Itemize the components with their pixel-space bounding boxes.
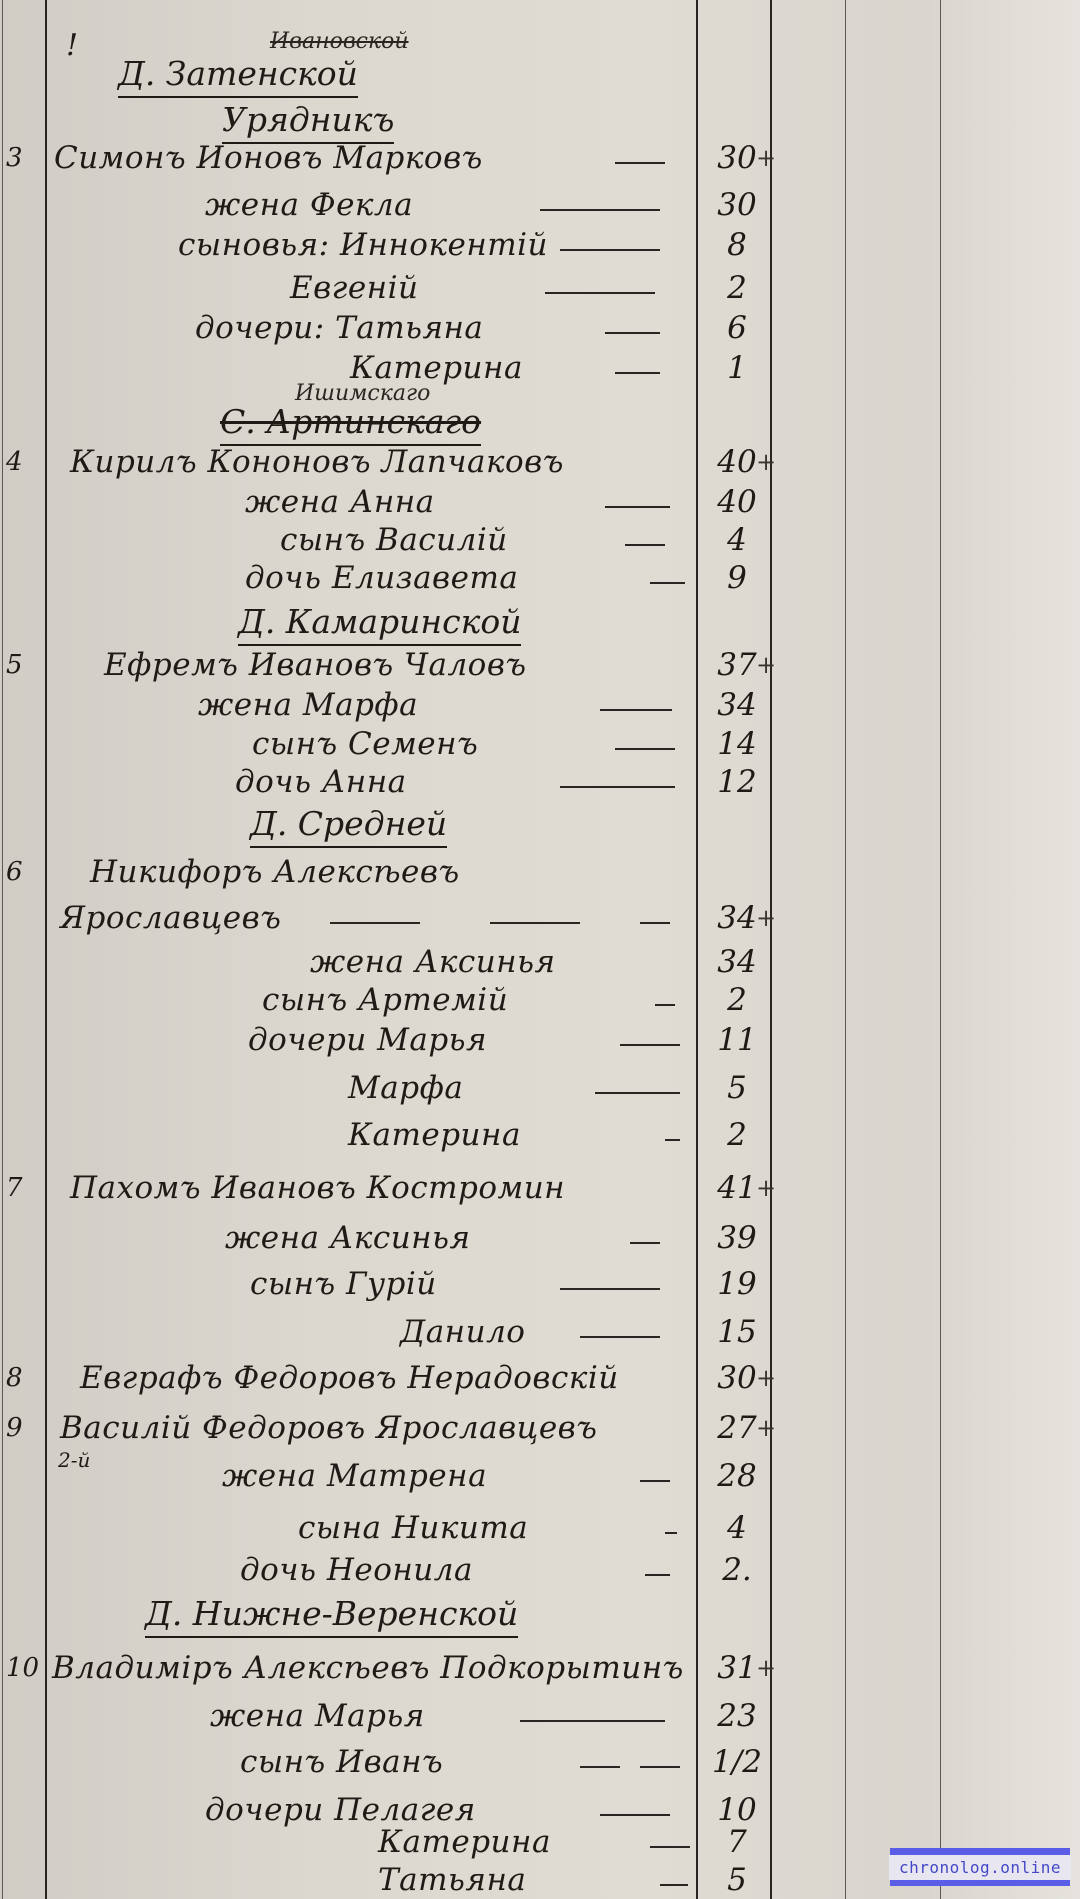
census-row: Данило 15 bbox=[0, 1312, 1080, 1352]
census-row: жена Марфа 34 bbox=[0, 685, 1080, 725]
section-heading: С. Артинскаго bbox=[220, 400, 481, 444]
person-age: 11 bbox=[712, 1020, 762, 1060]
census-row: жена Марья 23 bbox=[0, 1696, 1080, 1736]
section-heading: Д. Средней bbox=[250, 802, 447, 846]
census-row: 7 Пахомъ Ивановъ Костромин 41 + bbox=[0, 1168, 1080, 1208]
person-age: 34 bbox=[712, 685, 762, 725]
person-name: дочь Неонила bbox=[240, 1550, 473, 1590]
census-row: 6 Никифоръ Алексѣевъ bbox=[0, 852, 1080, 892]
remark-mark: + bbox=[756, 1408, 776, 1448]
census-row: жена Аксинья 34 bbox=[0, 942, 1080, 982]
person-name: дочь Анна bbox=[235, 762, 407, 802]
section-heading: Д. Камаринской bbox=[238, 600, 521, 644]
census-row: сынъ Гурій 19 bbox=[0, 1264, 1080, 1304]
family-number: 4 bbox=[6, 442, 40, 482]
person-age: 30 bbox=[712, 185, 762, 225]
census-row: сынъ Иванъ 1/2 bbox=[0, 1742, 1080, 1782]
person-name: дочери: Татьяна bbox=[195, 308, 483, 348]
person-name: жена Марфа bbox=[198, 685, 418, 725]
remark-mark: + bbox=[756, 1648, 776, 1688]
person-name: дочери Марья bbox=[248, 1020, 487, 1060]
person-age: 12 bbox=[712, 762, 762, 802]
person-age: 30 bbox=[712, 1358, 762, 1398]
remark-mark: + bbox=[756, 442, 776, 482]
census-row: сынъ Василій 4 bbox=[0, 520, 1080, 560]
heading-struck-text: Ивановской bbox=[270, 30, 409, 54]
watermark-text: chronolog.online bbox=[889, 1855, 1071, 1880]
census-row: Евгеній 2 bbox=[0, 268, 1080, 308]
census-row: Катерина 2 bbox=[0, 1115, 1080, 1155]
person-age: 30 bbox=[712, 138, 762, 178]
census-entries: ! Ивановской Д. Затенской Урядникъ 3 Сим… bbox=[0, 0, 1080, 1899]
person-age: 2. bbox=[712, 1550, 762, 1590]
census-row: 4 Кирилъ Кононовъ Лапчаковъ 40 + bbox=[0, 442, 1080, 482]
person-name: Данило bbox=[400, 1312, 525, 1352]
person-age: 5 bbox=[712, 1068, 762, 1108]
person-age: 40 bbox=[712, 442, 762, 482]
person-age: 14 bbox=[712, 724, 762, 764]
person-name: Евграфъ Федоровъ Нерадовскій bbox=[80, 1358, 619, 1398]
census-row: дочь Анна 12 bbox=[0, 762, 1080, 802]
person-name: жена Марья bbox=[210, 1696, 425, 1736]
census-row: дочь Неонила 2. bbox=[0, 1550, 1080, 1590]
census-row: Катерина 1 bbox=[0, 348, 1080, 388]
census-row: дочь Елизавета 9 bbox=[0, 558, 1080, 598]
family-number: 3 bbox=[6, 138, 40, 178]
person-name-continued: Ярославцевъ bbox=[60, 898, 281, 938]
person-age: 5 bbox=[712, 1860, 762, 1899]
person-age: 6 bbox=[712, 308, 762, 348]
person-name: сыновья: Иннокентій bbox=[178, 225, 548, 265]
person-name: Владиміръ Алексѣевъ Подкорытинъ bbox=[52, 1648, 684, 1688]
family-number: 7 bbox=[6, 1168, 40, 1208]
remark-mark: + bbox=[756, 1358, 776, 1398]
family-number: 8 bbox=[6, 1358, 40, 1398]
person-age: 28 bbox=[712, 1456, 762, 1496]
person-name: жена Аксинья bbox=[225, 1218, 470, 1258]
section-heading: Д. Затенской bbox=[118, 52, 358, 96]
section-heading: Д. Нижне-Веренской bbox=[145, 1592, 518, 1636]
person-name: сынъ Семенъ bbox=[252, 724, 478, 764]
census-row: Ярославцевъ 34 + bbox=[0, 898, 1080, 938]
person-age: 40 bbox=[712, 482, 762, 522]
person-age: 9 bbox=[712, 558, 762, 598]
census-row: дочери: Татьяна 6 bbox=[0, 308, 1080, 348]
census-row: сыновья: Иннокентій 8 bbox=[0, 225, 1080, 265]
person-name: Катерина bbox=[348, 1115, 521, 1155]
person-age: 41 bbox=[712, 1168, 762, 1208]
person-name: Марфа bbox=[348, 1068, 463, 1108]
census-row: сынъ Артемій 2 bbox=[0, 980, 1080, 1020]
person-age: 37 bbox=[712, 645, 762, 685]
person-age: 2 bbox=[712, 980, 762, 1020]
census-row: 8 Евграфъ Федоровъ Нерадовскій 30 + bbox=[0, 1358, 1080, 1398]
person-name: Пахомъ Ивановъ Костромин bbox=[70, 1168, 565, 1208]
person-age: 2 bbox=[712, 268, 762, 308]
person-age: 4 bbox=[712, 1508, 762, 1548]
person-name: жена Анна bbox=[245, 482, 435, 522]
person-name: Татьяна bbox=[378, 1860, 526, 1899]
person-age: 8 bbox=[712, 225, 762, 265]
census-row: сына Никита 4 bbox=[0, 1508, 1080, 1548]
census-row: жена Матрена 28 bbox=[0, 1456, 1080, 1496]
family-number: 10 bbox=[6, 1648, 40, 1688]
census-row: 5 Ефремъ Ивановъ Чаловъ 37 + bbox=[0, 645, 1080, 685]
person-name: Василій Федоровъ Ярославцевъ bbox=[60, 1408, 597, 1448]
census-row: жена Анна 40 bbox=[0, 482, 1080, 522]
person-age: 1 bbox=[712, 348, 762, 388]
census-row: 3 Симонъ Ионовъ Марковъ 30 + bbox=[0, 138, 1080, 178]
census-row: Марфа 5 bbox=[0, 1068, 1080, 1108]
census-row: 9 Василій Федоровъ Ярославцевъ 27 + bbox=[0, 1408, 1080, 1448]
person-name: сынъ Иванъ bbox=[240, 1742, 443, 1782]
person-age: 23 bbox=[712, 1696, 762, 1736]
person-name: Евгеній bbox=[290, 268, 418, 308]
person-name: Никифоръ Алексѣевъ bbox=[90, 852, 460, 892]
person-name: сынъ Василій bbox=[280, 520, 508, 560]
person-name: Ефремъ Ивановъ Чаловъ bbox=[104, 645, 527, 685]
person-name: Кирилъ Кононовъ Лапчаковъ bbox=[70, 442, 564, 482]
person-age: 39 bbox=[712, 1218, 762, 1258]
person-name: сына Никита bbox=[298, 1508, 528, 1548]
person-name: сынъ Артемій bbox=[262, 980, 508, 1020]
person-name: жена Фекла bbox=[205, 185, 413, 225]
person-age: 34 bbox=[712, 942, 762, 982]
person-age: 27 bbox=[712, 1408, 762, 1448]
remark-mark: + bbox=[756, 1168, 776, 1208]
family-number: 5 bbox=[6, 645, 40, 685]
remark-mark: + bbox=[756, 898, 776, 938]
person-name: жена Матрена bbox=[222, 1456, 487, 1496]
person-age: 1/2 bbox=[712, 1742, 762, 1782]
margin-mark: ! bbox=[66, 28, 78, 63]
person-name: Катерина bbox=[378, 1822, 551, 1862]
family-number: 6 bbox=[6, 852, 40, 892]
census-row: сынъ Семенъ 14 bbox=[0, 724, 1080, 764]
census-row: жена Аксинья 39 bbox=[0, 1218, 1080, 1258]
person-name: Симонъ Ионовъ Марковъ bbox=[54, 138, 483, 178]
person-age: 15 bbox=[712, 1312, 762, 1352]
remark-mark: + bbox=[756, 645, 776, 685]
person-name: дочь Елизавета bbox=[245, 558, 518, 598]
person-name: жена Аксинья bbox=[310, 942, 555, 982]
person-age: 2 bbox=[712, 1115, 762, 1155]
person-age: 4 bbox=[712, 520, 762, 560]
person-name: сынъ Гурій bbox=[250, 1264, 437, 1304]
person-age: 19 bbox=[712, 1264, 762, 1304]
census-row: 10 Владиміръ Алексѣевъ Подкорытинъ 31 + bbox=[0, 1648, 1080, 1688]
person-age: 34 bbox=[712, 898, 762, 938]
family-number: 9 bbox=[6, 1408, 40, 1448]
census-row: дочери Марья 11 bbox=[0, 1020, 1080, 1060]
person-age: 7 bbox=[712, 1822, 762, 1862]
section-subheading: Урядникъ bbox=[222, 98, 394, 142]
census-row: жена Фекла 30 bbox=[0, 185, 1080, 225]
person-age: 31 bbox=[712, 1648, 762, 1688]
remark-mark: + bbox=[756, 138, 776, 178]
watermark-badge: chronolog.online bbox=[890, 1848, 1070, 1886]
